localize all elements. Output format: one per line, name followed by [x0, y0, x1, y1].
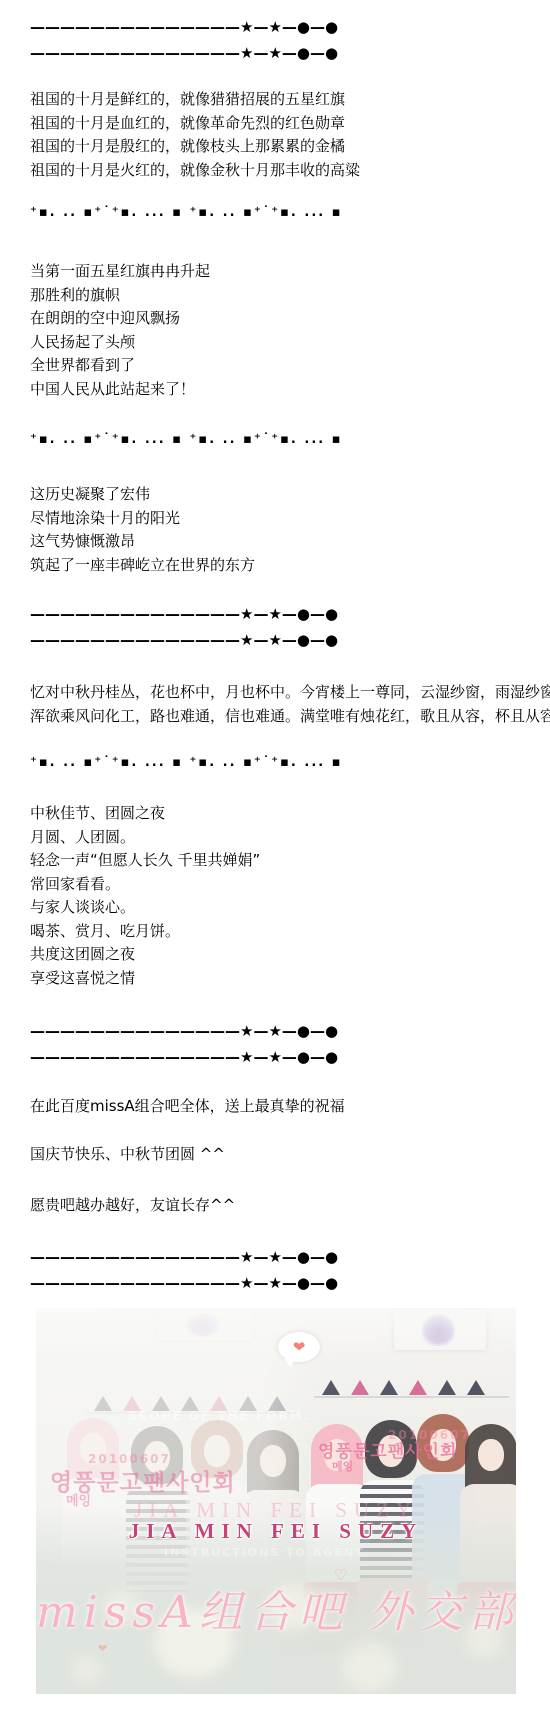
member-names: JIA MIN FEI SUZY — [36, 1519, 516, 1544]
poem-line: 那胜利的旗帜 — [30, 284, 550, 308]
date-watermark: 20100607 — [388, 1428, 471, 1442]
fanclub-signature: missA组合吧 外交部 — [36, 1576, 516, 1640]
poem-line: 共度这团圆之夜 — [30, 943, 550, 967]
date-watermark: 20100607 — [88, 1452, 171, 1466]
poem-line: 这气势慷慨激昂 — [30, 530, 550, 554]
poem-line: 享受这喜悦之情 — [30, 967, 550, 991]
star-divider: ——————————————★—★—●—● ——————————————★—★—… — [30, 14, 550, 66]
star-divider-line: ——————————————★—★—●—● — [30, 1270, 550, 1296]
poem-line: 当第一面五星红旗冉冉升起 — [30, 260, 550, 284]
bokeh-light — [72, 1656, 102, 1684]
star-divider-line: ——————————————★—★—●—● — [30, 1044, 550, 1070]
star-divider-line: ——————————————★—★—●—● — [30, 40, 550, 66]
star-divider: ——————————————★—★—●—● ——————————————★—★—… — [30, 1018, 550, 1070]
poem-october: 祖国的十月是鲜红的，就像猎猎招展的五星红旗 祖国的十月是血红的，就像革命先烈的红… — [30, 88, 550, 182]
star-divider-line: ——————————————★—★—●—● — [30, 601, 550, 627]
poem-line: 中秋佳节、团圆之夜 — [30, 802, 550, 826]
korean-caption-sub-right: 메잉 — [332, 1458, 353, 1474]
heart-speech-bubble: ❤ — [278, 1332, 320, 1362]
blessing-text: 国庆节快乐、中秋节团圆 ^^ — [30, 1143, 550, 1167]
blessing-text: 愿贵吧越办越好，友谊长存^^ — [30, 1194, 550, 1218]
bokeh-light — [342, 1644, 396, 1692]
poem-line: 轻念一声“但愿人长久 千里共婵娟” — [30, 849, 550, 873]
blessing-line-3: 愿贵吧越办越好，友谊长存^^ — [30, 1194, 550, 1218]
poem-line: 常回家看看。 — [30, 873, 550, 897]
star-divider-line: ——————————————★—★—●—● — [30, 14, 550, 40]
dot-divider: ⁺▪. .. ▪⁺˙⁺▪. ... ▪ ⁺▪. .. ▪⁺˙⁺▪. ... ▪ — [30, 433, 550, 447]
star-divider-line: ——————————————★—★—●—● — [30, 1018, 550, 1044]
poem-line: 人民扬起了头颅 — [30, 331, 550, 355]
poem-line: 祖国的十月是血红的，就像革命先烈的红色勋章 — [30, 112, 550, 136]
dot-divider: ⁺▪. .. ▪⁺˙⁺▪. ... ▪ ⁺▪. .. ▪⁺˙⁺▪. ... ▪ — [30, 206, 550, 220]
texture-text: SCOPE OF THE FORM. — [128, 1409, 310, 1423]
poem-line: 尽情地涂染十月的阳光 — [30, 507, 550, 531]
star-divider: ——————————————★—★—●—● ——————————————★—★—… — [30, 601, 550, 653]
blessing-line-1: 在此百度missA组合吧全体，送上最真挚的祝福 — [30, 1095, 550, 1119]
poem-line: 与家人谈谈心。 — [30, 896, 550, 920]
heart-icon: ❤ — [293, 1338, 306, 1356]
poem-line: 祖国的十月是鲜红的，就像猎猎招展的五星红旗 — [30, 88, 550, 112]
star-divider-line: ——————————————★—★—●—● — [30, 627, 550, 653]
star-divider: ——————————————★—★—●—● ——————————————★—★—… — [30, 1244, 550, 1296]
poem-flag: 当第一面五星红旗冉冉升起 那胜利的旗帜 在朗朗的空中迎风飘扬 人民扬起了头颅 全… — [30, 260, 550, 401]
poem-line: 全世界都看到了 — [30, 354, 550, 378]
poem-history: 这历史凝聚了宏伟 尽情地涂染十月的阳光 这气势慷慨激昂 筑起了一座丰碑屹立在世界… — [30, 483, 550, 577]
poem-reunion: 中秋佳节、团圆之夜 月圆、人团圆。 轻念一声“但愿人长久 千里共婵娟” 常回家看… — [30, 802, 550, 990]
poem-line: 在朗朗的空中迎风飘扬 — [30, 307, 550, 331]
texture-text: INSTRUCTIONS TO AGENT — [164, 1546, 365, 1559]
poem-line: 筑起了一座丰碑屹立在世界的东方 — [30, 554, 550, 578]
blessing-line-2: 国庆节快乐、中秋节团圆 ^^ — [30, 1143, 550, 1167]
poem-line: 浑欲乘风问化工，路也难通，信也难通。满堂唯有烛花红，歌且从容，杯且从容。 — [30, 705, 550, 729]
star-divider-line: ——————————————★—★—●—● — [30, 1244, 550, 1270]
poem-line: 祖国的十月是殷红的，就像枝头上那累累的金橘 — [30, 135, 550, 159]
poem-midautumn-ci: 忆对中秋丹桂丛，花也杯中，月也杯中。今宵楼上一尊同，云湿纱窗，雨湿纱窗。 浑欲乘… — [30, 681, 550, 728]
missa-fansign-photo: SCOPE OF THE FORM. INSTRUCTIONS TO AGENT… — [36, 1308, 516, 1694]
heart-sticker-icon: ❤ — [98, 1642, 107, 1655]
post-body: ——————————————★—★—●—● ——————————————★—★—… — [0, 0, 550, 1694]
blessing-text: 在此百度missA组合吧全体，送上最真挚的祝福 — [30, 1095, 550, 1119]
poem-line: 忆对中秋丹桂丛，花也杯中，月也杯中。今宵楼上一尊同，云湿纱窗，雨湿纱窗。 — [30, 681, 550, 705]
photo-top-fade — [36, 1308, 516, 1354]
poem-line: 这历史凝聚了宏伟 — [30, 483, 550, 507]
poem-line: 月圆、人团圆。 — [30, 826, 550, 850]
poem-line: 喝茶、赏月、吃月饼。 — [30, 920, 550, 944]
dot-divider: ⁺▪. .. ▪⁺˙⁺▪. ... ▪ ⁺▪. .. ▪⁺˙⁺▪. ... ▪ — [30, 756, 550, 770]
poem-line: 祖国的十月是火红的，就像金秋十月那丰收的高粱 — [30, 159, 550, 183]
poem-line: 中国人民从此站起来了！ — [30, 378, 550, 402]
